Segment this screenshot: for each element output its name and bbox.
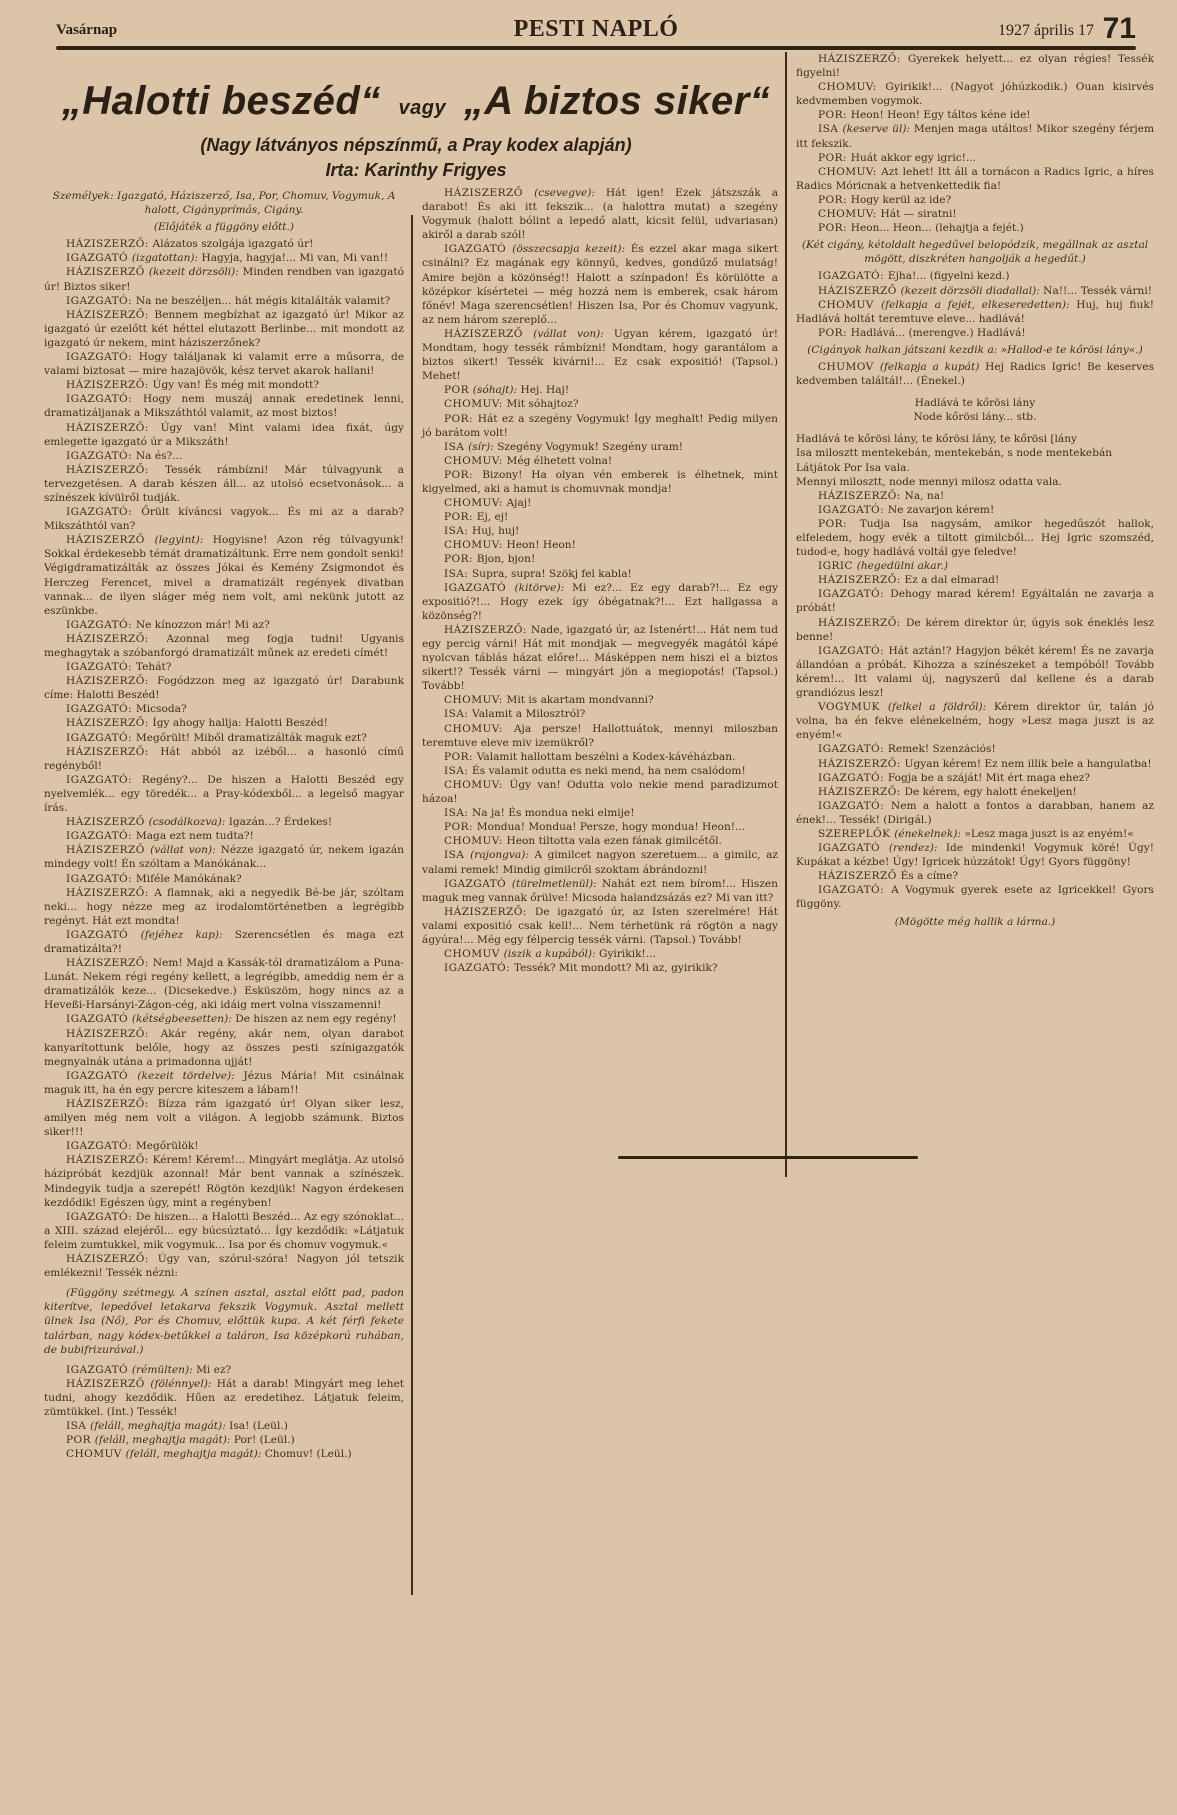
dialogue-line: CHOMUV: Aja persze! Hallottuátok, mennyi… <box>422 722 778 750</box>
speaker-name: IGAZGATÓ: <box>818 270 888 282</box>
speaker-name: HÁZISZERZŐ: <box>66 717 153 729</box>
stage-direction: (fölénnyel): <box>150 1378 216 1390</box>
line-text: Hadlává te kőrösi lány, te kőrösi lány, … <box>796 433 1112 487</box>
speaker-name: HÁZISZERZŐ: <box>66 1028 161 1040</box>
speaker-name: POR <box>66 1434 95 1446</box>
paragraph-song: Hadlává te kőrösi lány Node kőrösi lány.… <box>796 396 1154 424</box>
dialogue-line: HÁZISZERZŐ És a címe? <box>796 869 1154 883</box>
stage-direction: (felkapja a fejét, elkeseredetten): <box>881 299 1076 311</box>
speaker-name: ISA: <box>444 525 472 537</box>
dialogue-line: HÁZISZERZŐ (vállat von): Ugyan kérem, ig… <box>422 327 778 383</box>
dialogue-line: HÁZISZERZŐ: Úgy van! És még mit mondott? <box>44 378 404 392</box>
speaker-name: HÁZISZERZŐ <box>444 187 534 199</box>
dialogue-line: ISA (keserve ül): Menjen maga utáltos! M… <box>796 122 1154 150</box>
speaker-name: POR: <box>444 469 482 481</box>
dialogue-line: HÁZISZERZŐ: Kérem! Kérem!... Mingyárt me… <box>44 1153 404 1209</box>
dialogue-line: CHOMUV: Hát — siratni! <box>796 207 1154 221</box>
dialogue-line: ISA: Huj, huj! <box>422 524 778 538</box>
speaker-name: HÁZISZERZŐ: <box>66 746 160 758</box>
line-text: Mondua! Mondua! Persze, hogy mondua! Heo… <box>477 821 745 833</box>
speaker-name: HÁZISZERZŐ: <box>818 574 905 586</box>
dialogue-line: HÁZISZERZŐ (fölénnyel): Hát a darab! Min… <box>44 1377 404 1419</box>
dialogue-line: IGAZGATÓ (kezeit tördelve): Jézus Mária!… <box>44 1069 404 1097</box>
stage-direction: (keserve ül): <box>843 123 914 135</box>
speaker-name: HÁZISZERZŐ: <box>66 887 154 899</box>
paragraph-centered: (Két cigány, kétoldalt hegedűvel belopód… <box>796 238 1154 266</box>
dialogue-line: IGAZGATÓ (rendez): Ide mindenki! Vogymuk… <box>796 841 1154 869</box>
speaker-name: CHOMUV: <box>444 723 514 735</box>
dialogue-line: POR: Heon... Heon... (lehajtja a fejét.) <box>796 221 1154 235</box>
speaker-name: HÁZISZERZŐ: <box>66 422 161 434</box>
line-text: Hadlává te kőrösi lány Node kőrösi lány.… <box>914 397 1037 423</box>
speaker-name: IGAZGATÓ: <box>66 774 142 786</box>
line-text: Úgy van! És még mit mondott? <box>153 379 319 391</box>
dialogue-line: IGAZGATÓ: Fogja be a száját! Mit ért mag… <box>796 771 1154 785</box>
dialogue-line: CHOMUV: Heon tiltotta vala ezen fának gi… <box>422 834 778 848</box>
speaker-name: HÁZISZERZŐ <box>818 870 901 882</box>
line-text: Ne zavarjon kérem! <box>888 504 994 516</box>
speaker-name: CHOMUV: <box>444 398 507 410</box>
dialogue-line: IGAZGATÓ (fejéhez kap): Szerencsétlen és… <box>44 928 404 956</box>
speaker-name: HÁZISZERZŐ: <box>818 786 905 798</box>
speaker-name: CHOMUV: <box>818 208 881 220</box>
dialogue-line: HÁZISZERZŐ: Fogódzzon meg az igazgató úr… <box>44 674 404 702</box>
dialogue-line: POR: Ej, ej! <box>422 510 778 524</box>
speaker-name: IGAZGATÓ: <box>818 645 889 657</box>
speaker-name: ISA: <box>444 708 472 720</box>
speaker-name: ISA <box>818 123 843 135</box>
speaker-name: IGAZGATÓ: <box>66 351 139 363</box>
dialogue-line: SZEREPLŐK (énekelnek): »Lesz maga juszt … <box>796 827 1154 841</box>
line-text: Na!!... Tessék várni! <box>1043 285 1152 297</box>
line-text: »Lesz maga juszt is az enyém!« <box>964 828 1133 840</box>
stage-direction: (Két cigány, kétoldalt hegedűvel belopód… <box>802 239 1148 265</box>
speaker-name: IGAZGATÓ: <box>818 588 890 600</box>
dialogue-line: POR: Hogy kerül az ide? <box>796 193 1154 207</box>
dialogue-line: IGAZGATÓ: Nem a halott a fontos a darabb… <box>796 799 1154 827</box>
dialogue-line: IGAZGATÓ: Ne kínozzon már! Mi az? <box>44 618 404 632</box>
title-connector: vagy <box>398 97 446 119</box>
dialogue-line: POR: Bizony! Ha olyan vén emberek is élh… <box>422 468 778 496</box>
speaker-name: HÁZISZERZŐ: <box>66 1154 153 1166</box>
line-text: És ezzel akar maga sikert csinálni? Ez m… <box>422 243 778 325</box>
speaker-name: HÁZISZERZŐ: <box>66 957 153 969</box>
dialogue-line: ISA: És valamit odutta es neki mend, ha … <box>422 764 778 778</box>
line-text: Ajaj! <box>507 497 532 509</box>
speaker-name: CHOMUV <box>66 1448 126 1460</box>
dialogue-line: POR: Bjon, bjon! <box>422 552 778 566</box>
dialogue-line: POR: Hadlává... (merengve.) Hadlává! <box>796 326 1154 340</box>
speaker-name: HÁZISZERZŐ <box>66 534 155 546</box>
line-text: Valamit hallottam beszélni a Kodex-kávéh… <box>477 751 736 763</box>
speaker-name: HÁZISZERZŐ: <box>66 1098 158 1110</box>
paragraph-verse: Hadlává te kőrösi lány, te kőrösi lány, … <box>796 432 1154 488</box>
dialogue-line: CHOMUV: Úgy van! Odutta volo nekie mend … <box>422 778 778 806</box>
dialogue-line: CHOMUV (feláll, meghajtja magát): Chomuv… <box>44 1447 404 1461</box>
dialogue-line: HÁZISZERZŐ (kezeit dörzsöli diadallal): … <box>796 284 1154 298</box>
speaker-name: ISA <box>444 441 468 453</box>
stage-direction: (fejéhez kap): <box>141 929 235 941</box>
speaker-name: HÁZISZERZŐ <box>66 266 149 278</box>
dialogue-line: HÁZISZERZŐ (legyint): Hogyisne! Azon rég… <box>44 533 404 618</box>
stage-direction: (türelmetlenül): <box>512 878 602 890</box>
dialogue-line: HÁZISZERZŐ: Na, na! <box>796 489 1154 503</box>
line-text: Tehát? <box>136 661 172 673</box>
stage-direction: (legyint): <box>155 534 213 546</box>
speaker-name: CHUMOV <box>818 361 880 373</box>
text-column-1: Személyek: Igazgató, Háziszerző, Isa, Po… <box>44 186 404 1461</box>
dialogue-line: IGAZGATÓ (kitörve): Mi ez?... Ez egy dar… <box>422 581 778 623</box>
line-text: Mi ez? <box>196 1364 231 1376</box>
line-text: Ne kínozzon már! Mi az? <box>136 619 270 631</box>
speaker-name: IGAZGATÓ: <box>66 295 136 307</box>
dialogue-line: HÁZISZERZŐ (vállat von): Nézze igazgató … <box>44 843 404 871</box>
stage-direction: (felkapja a kupát) <box>880 361 985 373</box>
paragraph-cast: Személyek: Igazgató, Háziszerző, Isa, Po… <box>44 189 404 217</box>
dialogue-line: HÁZISZERZŐ: Gyerekek helyett... ez olyan… <box>796 52 1154 80</box>
speaker-name: CHOMUV: <box>444 694 507 706</box>
stage-direction: (Cigányok halkan játszani kezdik a: »Hal… <box>807 344 1142 356</box>
stage-direction: (izgatottan): <box>132 252 202 264</box>
stage-direction: (Függöny szétmegy. A színen asztal, aszt… <box>44 1287 404 1355</box>
stage-direction: (hegedülni akar.) <box>857 560 948 572</box>
dialogue-line: HÁZISZERZŐ: Alázatos szolgája igazgató ú… <box>44 237 404 251</box>
stage-direction: (kezeit tördelve): <box>137 1070 243 1082</box>
dialogue-line: POR: Heon! Heon! Egy táltos kéne ide! <box>796 108 1154 122</box>
line-text: Por! (Leül.) <box>234 1434 295 1446</box>
dialogue-line: IGAZGATÓ: A Vogymuk gyerek esete az Igri… <box>796 883 1154 911</box>
paragraph-centered: (Mögötte még hallik a lárma.) <box>796 915 1154 929</box>
speaker-name: IGAZGATÓ <box>818 842 889 854</box>
dialogue-line: IGRIC (hegedülni akar.) <box>796 559 1154 573</box>
speaker-name: POR: <box>818 327 851 339</box>
speaker-name: IGAZGATÓ: <box>818 504 888 516</box>
speaker-name: IGAZGATÓ: <box>818 743 888 755</box>
speaker-name: HÁZISZERZŐ: <box>66 633 166 645</box>
speaker-name: IGAZGATÓ: <box>66 619 136 631</box>
speaker-name: ISA: <box>444 765 472 777</box>
page-number: 71 <box>1103 12 1136 46</box>
dialogue-line: HÁZISZERZŐ: Úgy van, szórul-szóra! Nagyo… <box>44 1252 404 1280</box>
speaker-name: IGAZGATÓ <box>66 1364 132 1376</box>
text-column-2: HÁZISZERZŐ (csevegve): Hát igen! Ezek já… <box>422 186 778 975</box>
stage-direction: (iszik a kupából): <box>504 948 599 960</box>
speaker-name: ISA <box>444 849 470 861</box>
stage-direction: (Mögötte még hallik a lárma.) <box>895 916 1056 928</box>
dialogue-line: HÁZISZERZŐ (csevegve): Hát igen! Ezek já… <box>422 186 778 242</box>
article-title: „Halotti beszéd“ vagy „A biztos siker“ <box>56 78 776 131</box>
dialogue-line: ISA (sír): Szegény Vogymuk! Szegény uram… <box>422 440 778 454</box>
paragraph-stage-block: (Függöny szétmegy. A színen asztal, aszt… <box>44 1286 404 1356</box>
speaker-name: CHOMUV <box>818 299 881 311</box>
stage-direction: (énekelnek): <box>894 828 964 840</box>
dialogue-line: IGAZGATÓ: Megőrült! Miből dramatizálták … <box>44 731 404 745</box>
line-text: Ej, ej! <box>477 511 509 523</box>
stage-direction: (kétségbeesetten): <box>132 1013 235 1025</box>
speaker-name: IGAZGATÓ: <box>66 450 136 462</box>
line-text: Ez a dal elmarad! <box>905 574 1000 586</box>
dialogue-line: IGAZGATÓ (összecsapja kezeit): És ezzel … <box>422 242 778 327</box>
stage-direction: (rémülten): <box>132 1364 196 1376</box>
dialogue-line: CHOMUV (iszik a kupából): Gyirikik!... <box>422 947 778 961</box>
speaker-name: POR: <box>444 553 477 565</box>
line-text: Heon... Heon... (lehajtja a fejét.) <box>851 222 1024 234</box>
dialogue-line: CHOMUV (felkapja a fejét, elkeseredetten… <box>796 298 1154 326</box>
speaker-name: HÁZISZERZŐ: <box>66 464 165 476</box>
speaker-name: IGAZGATÓ: <box>66 393 143 405</box>
dialogue-line: ISA: Supra, supra! Szökj fel kabla! <box>422 567 778 581</box>
speaker-name: IGAZGATÓ: <box>66 873 136 885</box>
line-text: De hiszen az nem egy regény! <box>235 1013 396 1025</box>
stage-direction: (rendez): <box>889 842 946 854</box>
dialogue-line: IGAZGATÓ: Ejha!... (figyelni kezd.) <box>796 269 1154 283</box>
speaker-name: HÁZISZERZŐ: <box>818 617 906 629</box>
dialogue-line: CHOMUV: Gyirikik!... (Nagyot jóhúzkodik.… <box>796 80 1154 108</box>
speaker-name: CHOMUV: <box>444 835 507 847</box>
issue-date: 1927 április 17 <box>998 22 1094 40</box>
article-subtitle: (Nagy látványos népszínmű, a Pray kodex … <box>56 135 776 156</box>
line-text: Micsoda? <box>136 703 187 715</box>
speaker-name: ISA: <box>444 807 472 819</box>
speaker-name: HÁZISZERZŐ: <box>818 53 908 65</box>
speaker-name: IGAZGATÓ: <box>66 1211 136 1223</box>
line-text: Remek! Szenzációs! <box>888 743 996 755</box>
dialogue-line: HÁZISZERZŐ: De igazgató úr, az Isten sze… <box>422 905 778 947</box>
line-text: Mit sóhajtoz? <box>507 398 579 410</box>
stage-direction: (sóhajt): <box>473 384 521 396</box>
dialogue-line: IGAZGATÓ (rémülten): Mi ez? <box>44 1363 404 1377</box>
dialogue-line: IGAZGATÓ: De hiszen... a Halotti Beszéd.… <box>44 1210 404 1252</box>
stage-direction: (rajongva): <box>470 849 534 861</box>
speaker-name: HÁZISZERZŐ: <box>444 906 535 918</box>
dialogue-line: IGAZGATÓ: Micsoda? <box>44 702 404 716</box>
dialogue-line: CHUMOV (felkapja a kupát) Hej Radics Igr… <box>796 360 1154 388</box>
dialogue-line: HÁZISZERZŐ: Így ahogy hallja: Halotti Be… <box>44 716 404 730</box>
speaker-name: POR: <box>818 518 860 530</box>
speaker-name: IGAZGATÓ: <box>66 830 136 842</box>
dialogue-line: HÁZISZERZŐ: Ugyan kérem! Ez nem illik be… <box>796 757 1154 771</box>
dialogue-line: ISA (feláll, meghajtja magát): Isa! (Leü… <box>44 1419 404 1433</box>
line-text: De kérem, egy halott énekeljen! <box>905 786 1077 798</box>
dialogue-line: HÁZISZERZŐ: Bennem megbízhat az igazgató… <box>44 308 404 350</box>
paragraph-centered: (Cigányok halkan játszani kezdik a: »Hal… <box>796 343 1154 357</box>
dialogue-line: HÁZISZERZŐ: Nade, igazgató úr, az Istené… <box>422 623 778 693</box>
line-text: Megőrülök! <box>136 1140 199 1152</box>
speaker-name: IGAZGATÓ <box>66 252 132 264</box>
line-text: Na ja! És mondua neki elmije! <box>472 807 634 819</box>
dialogue-line: POR: Valamit hallottam beszélni a Kodex-… <box>422 750 778 764</box>
speaker-name: IGAZGATÓ <box>444 878 512 890</box>
speaker-name: POR: <box>818 222 851 234</box>
dialogue-line: POR: Huát akkor egy igric!... <box>796 151 1154 165</box>
line-text: Hogyisne! Azon rég túlvagyunk! Sokkal ér… <box>44 534 404 616</box>
dialogue-line: ISA (rajongva): A gimilcet nagyon szeret… <box>422 848 778 876</box>
dialogue-line: CHOMUV: Mit sóhajtoz? <box>422 397 778 411</box>
dialogue-line: IGAZGATÓ: Dehogy marad kérem! Egyáltalán… <box>796 587 1154 615</box>
line-text: Ejha!... (figyelni kezd.) <box>888 270 1010 282</box>
dialogue-line: IGAZGATÓ: Regény?... De hiszen a Halotti… <box>44 773 404 815</box>
dialogue-line: HÁZISZERZŐ: Tessék rámbízni! Már túlvagy… <box>44 463 404 505</box>
dialogue-line: POR (feláll, meghajtja magát): Por! (Leü… <box>44 1433 404 1447</box>
dialogue-line: IGAZGATÓ: Hát aztán!? Hagyjon békét kére… <box>796 644 1154 700</box>
speaker-name: IGAZGATÓ <box>66 929 141 941</box>
speaker-name: IGAZGATÓ <box>66 1013 132 1025</box>
dialogue-line: POR: Hát ez a szegény Vogymuk! Így megha… <box>422 412 778 440</box>
dialogue-line: IGAZGATÓ: Maga ezt nem tudta?! <box>44 829 404 843</box>
speaker-name: ISA: <box>444 568 472 580</box>
line-text: Mit is akartam mondvanni? <box>507 694 654 706</box>
text-column-3: HÁZISZERZŐ: Gyerekek helyett... ez olyan… <box>796 52 1154 932</box>
stage-direction: (Előjáték a függöny előtt.) <box>154 221 294 233</box>
dialogue-line: IGAZGATÓ (kétségbeesetten): De hiszen az… <box>44 1012 404 1026</box>
dialogue-line: IGAZGATÓ: Miféle Manókának? <box>44 872 404 886</box>
line-text: Ugyan kérem! Ez nem illik bele a hangula… <box>905 758 1152 770</box>
speaker-name: CHOMUV: <box>444 539 507 551</box>
line-text: Chomuv! (Leül.) <box>265 1448 352 1460</box>
stage-direction: (vállat von): <box>533 328 614 340</box>
speaker-name: IGAZGATÓ: <box>818 772 888 784</box>
speaker-name: IGAZGATÓ: <box>66 703 136 715</box>
dialogue-line: IGAZGATÓ: Tehát? <box>44 660 404 674</box>
line-text: Maga ezt nem tudta?! <box>136 830 254 842</box>
stage-direction: (sír): <box>468 441 497 453</box>
stage-direction: (összecsapja kezeit): <box>512 243 631 255</box>
dialogue-line: CHOMUV: Ajaj! <box>422 496 778 510</box>
line-text: Heon! Heon! Egy táltos kéne ide! <box>851 109 1031 121</box>
line-text: Megőrült! Miből dramatizálták maguk ezt? <box>136 732 367 744</box>
dialogue-line: IGAZGATÓ: Na ne beszéljen... hát mégis k… <box>44 294 404 308</box>
stage-direction: (feláll, meghajtja magát): <box>90 1420 229 1432</box>
cast-list: Személyek: Igazgató, Háziszerző, Isa, Po… <box>53 190 396 216</box>
speaker-name: SZEREPLŐK <box>818 828 894 840</box>
speaker-name: HÁZISZERZŐ <box>818 285 901 297</box>
dialogue-line: CHOMUV: Heon! Heon! <box>422 538 778 552</box>
speaker-name: IGAZGATÓ: <box>66 1140 136 1152</box>
speaker-name: POR: <box>818 194 851 206</box>
stage-direction: (csevegve): <box>534 187 606 199</box>
title-part-1: „Halotti beszéd“ <box>62 79 381 123</box>
speaker-name: IGAZGATÓ: <box>66 506 141 518</box>
line-text: Huát akkor egy igric!... <box>851 152 976 164</box>
speaker-name: HÁZISZERZŐ: <box>818 758 905 770</box>
speaker-name: HÁZISZERZŐ: <box>66 238 153 250</box>
line-text: Isa! (Leül.) <box>229 1420 288 1432</box>
speaker-name: IGAZGATÓ <box>66 1070 137 1082</box>
speaker-name: CHOMUV: <box>444 497 507 509</box>
speaker-name: HÁZISZERZŐ: <box>818 490 905 502</box>
dialogue-line: HÁZISZERZŐ: Bízza rám igazgató úr! Olyan… <box>44 1097 404 1139</box>
line-text: Fogja be a száját! Mit ért maga ehez? <box>888 772 1090 784</box>
stage-direction: (feláll, meghajtja magát): <box>95 1434 234 1446</box>
speaker-name: IGAZGATÓ: <box>444 962 514 974</box>
column-divider-2 <box>785 52 787 1177</box>
dialogue-line: HÁZISZERZŐ: De kérem direktor úr, úgyis … <box>796 616 1154 644</box>
speaker-name: POR <box>444 384 473 396</box>
line-text: Igazán...? Érdekes! <box>229 816 332 828</box>
stage-direction: (feláll, meghajtja magát): <box>126 1448 265 1460</box>
line-text: Hagyja, hagyja!... Mi van, Mi van!! <box>201 252 388 264</box>
speaker-name: IGAZGATÓ <box>444 582 515 594</box>
dialogue-line: POR: Tudja Isa nagysám, amikor hegedűszó… <box>796 517 1154 559</box>
dialogue-line: HÁZISZERZŐ: Akár regény, akár nem, olyan… <box>44 1027 404 1069</box>
dialogue-line: HÁZISZERZŐ (kezeit dörzsöli): Minden ren… <box>44 265 404 293</box>
dialogue-line: ISA: Na ja! És mondua neki elmije! <box>422 806 778 820</box>
column-divider-1 <box>411 215 413 1595</box>
dialogue-line: HÁZISZERZŐ: Azonnal meg fogja tudni! Ugy… <box>44 632 404 660</box>
dialogue-line: IGAZGATÓ: Megőrülök! <box>44 1139 404 1153</box>
line-text: Még élhetett volna! <box>507 455 613 467</box>
dialogue-line: CHOMUV: Még élhetett volna! <box>422 454 778 468</box>
stage-direction: (felkel a földről): <box>888 701 994 713</box>
dialogue-line: POR (sóhajt): Hej. Haj! <box>422 383 778 397</box>
line-text: Na és?... <box>136 450 182 462</box>
speaker-name: HÁZISZERZŐ: <box>66 1253 158 1265</box>
speaker-name: IGAZGATÓ <box>444 243 512 255</box>
dialogue-line: IGAZGATÓ: Remek! Szenzációs! <box>796 742 1154 756</box>
speaker-name: HÁZISZERZŐ <box>66 844 150 856</box>
speaker-name: CHOMUV: <box>444 779 509 791</box>
dialogue-line: IGAZGATÓ: Őrült kíváncsi vagyok... És mi… <box>44 505 404 533</box>
line-text: És valamit odutta es neki mend, ha nem c… <box>472 765 746 777</box>
dialogue-line: HÁZISZERZŐ: Hát abból az izéből... a has… <box>44 745 404 773</box>
line-text: Na, na! <box>905 490 945 502</box>
dialogue-line: IGAZGATÓ (izgatottan): Hagyja, hagyja!..… <box>44 251 404 265</box>
line-text: Gyirikik!... <box>599 948 656 960</box>
speaker-name: IGRIC <box>818 560 857 572</box>
speaker-name: HÁZISZERZŐ: <box>66 675 157 687</box>
speaker-name: IGAZGATÓ: <box>66 661 136 673</box>
speaker-name: CHOMUV: <box>818 166 881 178</box>
speaker-name: HÁZISZERZŐ: <box>66 379 153 391</box>
speaker-name: IGAZGATÓ: <box>818 884 891 896</box>
stage-direction: (csodálkozva): <box>149 816 229 828</box>
dialogue-line: IGAZGATÓ (türelmetlenül): Nahát ezt nem … <box>422 877 778 905</box>
line-text: És a címe? <box>901 870 959 882</box>
speaker-name: CHOMUV: <box>818 81 885 93</box>
line-text: Supra, supra! Szökj fel kabla! <box>472 568 632 580</box>
speaker-name: POR: <box>818 152 851 164</box>
line-text: Bjon, bjon! <box>477 553 536 565</box>
dialogue-line: IGAZGATÓ: Tessék? Mit mondott? Mi az, gy… <box>422 961 778 975</box>
dialogue-line: CHOMUV: Mit is akartam mondvanni? <box>422 693 778 707</box>
dialogue-line: VOGYMUK (felkel a földről): Kérem direkt… <box>796 700 1154 742</box>
dialogue-line: POR: Mondua! Mondua! Persze, hogy mondua… <box>422 820 778 834</box>
dialogue-line: IGAZGATÓ: Ne zavarjon kérem! <box>796 503 1154 517</box>
line-text: Na ne beszéljen... hát mégis kitalálták … <box>136 295 390 307</box>
line-text: Heon! Heon! <box>507 539 576 551</box>
article-heading: „Halotti beszéd“ vagy „A biztos siker“ (… <box>56 78 776 181</box>
dialogue-line: CHOMUV: Azt lehet! Itt áll a tornácon a … <box>796 165 1154 193</box>
line-text: Heon tiltotta vala ezen fának gimilcétől… <box>507 835 722 847</box>
speaker-name: ISA <box>66 1420 90 1432</box>
speaker-name: CHOMUV <box>444 948 504 960</box>
dialogue-line: HÁZISZERZŐ (csodálkozva): Igazán...? Érd… <box>44 815 404 829</box>
masthead-rule <box>56 46 1136 50</box>
speaker-name: HÁZISZERZŐ <box>444 328 533 340</box>
line-text: Hogy kerül az ide? <box>851 194 951 206</box>
line-text: Hadlává... (merengve.) Hadlává! <box>851 327 1026 339</box>
line-text: Huj, huj! <box>472 525 519 537</box>
speaker-name: HÁZISZERZŐ: <box>66 309 154 321</box>
line-text: Valamit a Milosztról? <box>472 708 585 720</box>
dialogue-line: IGAZGATÓ: Hogy találjanak ki valamit err… <box>44 350 404 378</box>
dialogue-line: IGAZGATÓ: Hogy nem muszáj annak eredetin… <box>44 392 404 420</box>
line-text: Hát — siratni! <box>881 208 957 220</box>
article-byline: Irta: Karinthy Frigyes <box>56 160 776 181</box>
speaker-name: POR: <box>444 821 477 833</box>
dialogue-line: ISA: Valamit a Milosztról? <box>422 707 778 721</box>
stage-direction: (kitörve): <box>515 582 573 594</box>
